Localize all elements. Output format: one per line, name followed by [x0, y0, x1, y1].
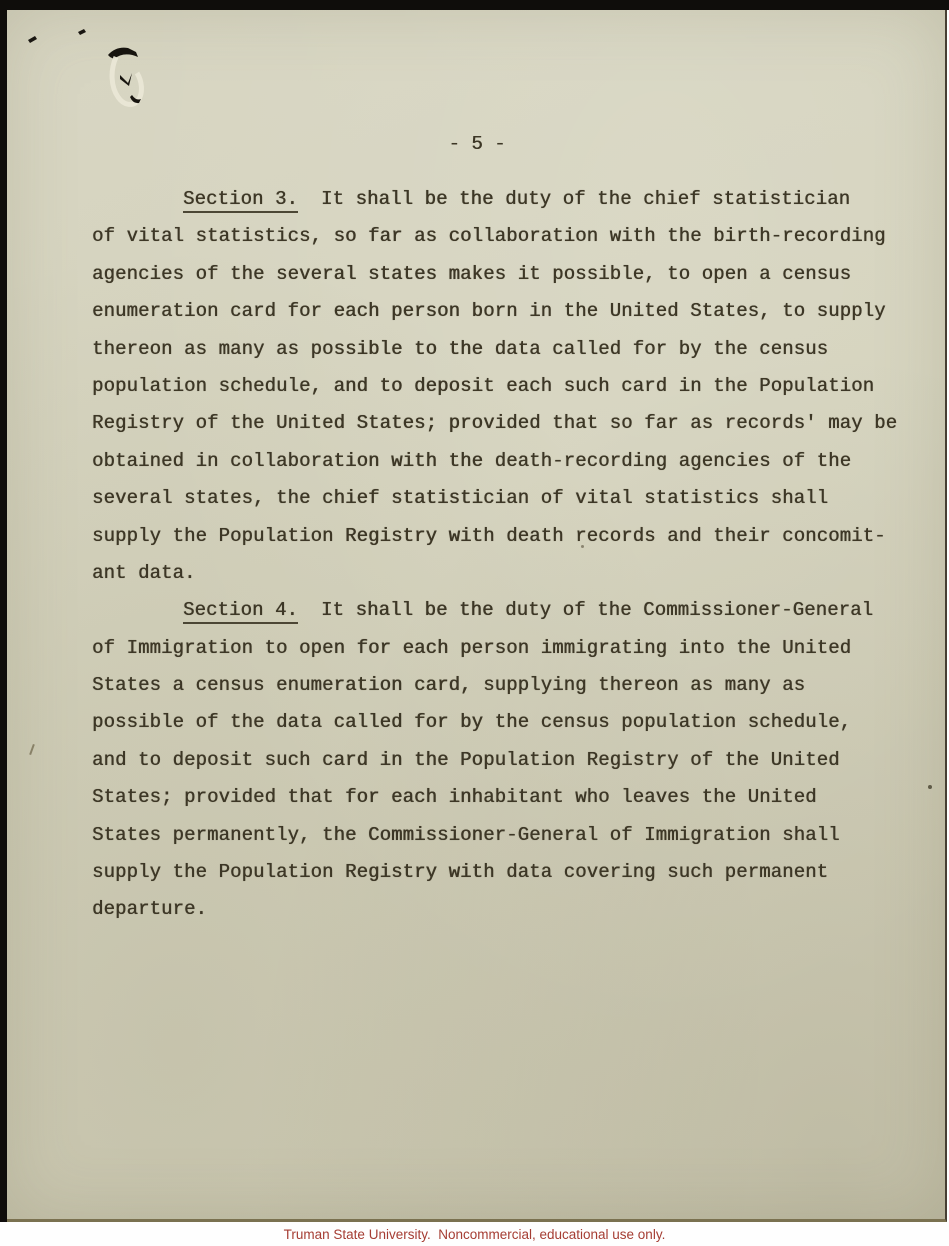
- text-line: supply the Population Registry with data…: [92, 854, 912, 891]
- text-line: possible of the data called for by the c…: [92, 704, 912, 741]
- section-4-heading: Section 4.: [183, 599, 298, 624]
- text-line: States permanently, the Commissioner-Gen…: [92, 817, 912, 854]
- text-line: enumeration card for each person born in…: [92, 293, 912, 330]
- text-line: of Immigration to open for each person i…: [92, 630, 912, 667]
- document-text: Section 3. It shall be the duty of the c…: [92, 181, 912, 929]
- section-3-first-line-rest: It shall be the duty of the chief statis…: [298, 188, 850, 210]
- page-number: - 5 -: [7, 133, 947, 155]
- paperclip-mark-icon: [20, 25, 160, 115]
- ink-speck: [581, 545, 584, 548]
- text-line: and to deposit such card in the Populati…: [92, 742, 912, 779]
- text-line: population schedule, and to deposit each…: [92, 368, 912, 405]
- watermark-bar: Truman State University. Noncommercial, …: [0, 1222, 949, 1246]
- document-scan: - 5 - Section 3. It shall be the duty of…: [0, 0, 949, 1246]
- text-line: agencies of the several states makes it …: [92, 256, 912, 293]
- text-line: Section 3. It shall be the duty of the c…: [92, 181, 912, 218]
- text-line: ant data.: [92, 555, 912, 592]
- watermark-text: Truman State University. Noncommercial, …: [284, 1227, 666, 1242]
- text-line: Registry of the United States; provided …: [92, 405, 912, 442]
- ink-speck: [928, 785, 932, 789]
- section-4-first-line-rest: It shall be the duty of the Commissioner…: [298, 599, 873, 621]
- text-line: several states, the chief statistician o…: [92, 480, 912, 517]
- text-line: States; provided that for each inhabitan…: [92, 779, 912, 816]
- text-line: supply the Population Registry with deat…: [92, 518, 912, 555]
- text-line: States a census enumeration card, supply…: [92, 667, 912, 704]
- text-line: thereon as many as possible to the data …: [92, 331, 912, 368]
- text-line: departure.: [92, 891, 912, 928]
- section-3-heading: Section 3.: [183, 188, 298, 213]
- scan-left-border: [0, 0, 7, 1222]
- text-line: obtained in collaboration with the death…: [92, 443, 912, 480]
- text-line: Section 4. It shall be the duty of the C…: [92, 592, 912, 629]
- text-line: of vital statistics, so far as collabora…: [92, 218, 912, 255]
- scan-top-border: [0, 0, 949, 10]
- document-page: - 5 - Section 3. It shall be the duty of…: [7, 10, 947, 1222]
